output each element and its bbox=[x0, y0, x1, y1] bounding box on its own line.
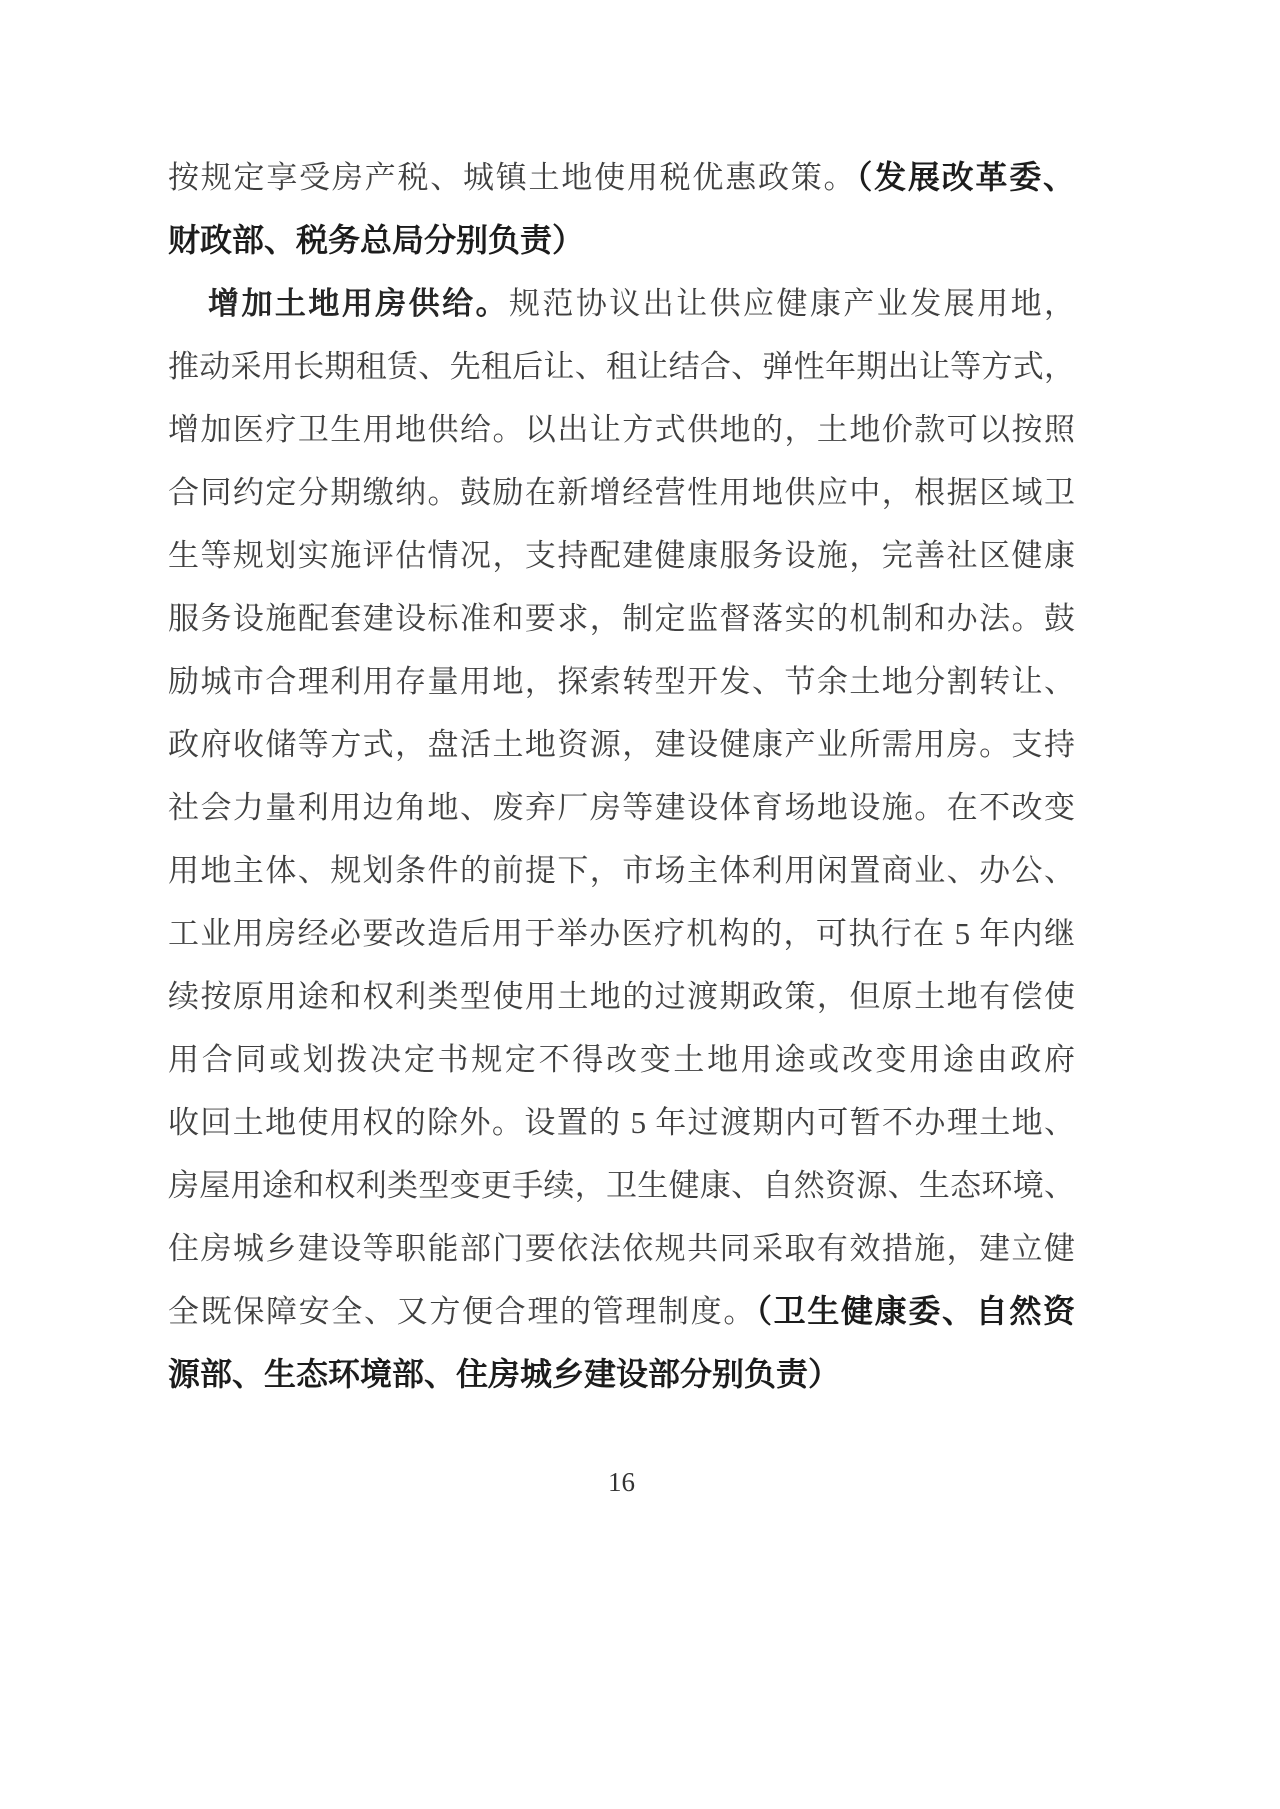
body-text: 生等规划实施评估情况，支持配建健康服务设施，完善社区健康 bbox=[168, 538, 1075, 573]
text-line-11: 社会力量利用边角地、废弃厂房等建设体育场地设施。在不改变 bbox=[168, 776, 1075, 839]
text-line-15: 用合同或划拨决定书规定不得改变土地用途或改变用途由政府 bbox=[168, 1028, 1075, 1091]
text-line-16: 收回土地使用权的除外。设置的 5 年过渡期内可暂不办理土地、 bbox=[168, 1091, 1075, 1154]
text-line-9: 励城市合理利用存量用地，探索转型开发、节余土地分割转让、 bbox=[168, 650, 1075, 713]
text-line-20: 源部、生态环境部、住房城乡建设部分别负责） bbox=[168, 1343, 1075, 1406]
responsible-agency-text: 源部、生态环境部、住房城乡建设部分别负责） bbox=[168, 1356, 840, 1392]
text-line-10: 政府收储等方式，盘活土地资源，建设健康产业所需用房。支持 bbox=[168, 713, 1075, 776]
body-text: 工业用房经必要改造后用于举办医疗机构的，可执行在 5 年内继 bbox=[168, 916, 1075, 951]
body-text: 住房城乡建设等职能部门要依法依规共同采取有效措施，建立健 bbox=[168, 1231, 1075, 1266]
text-line-13: 工业用房经必要改造后用于举办医疗机构的，可执行在 5 年内继 bbox=[168, 902, 1075, 965]
text-line-18: 住房城乡建设等职能部门要依法依规共同采取有效措施，建立健 bbox=[168, 1217, 1075, 1280]
body-text: 用合同或划拨决定书规定不得改变土地用途或改变用途由政府 bbox=[168, 1042, 1075, 1077]
text-line-5: 增加医疗卫生用地供给。以出让方式供地的，土地价款可以按照 bbox=[168, 398, 1075, 461]
responsible-agency-text: 财政部、税务总局分别负责） bbox=[168, 222, 584, 258]
text-block: 按规定享受房产税、城镇土地使用税优惠政策。（发展改革委、财政部、税务总局分别负责… bbox=[168, 146, 1075, 1406]
text-line-17: 房屋用途和权利类型变更手续，卫生健康、自然资源、生态环境、 bbox=[168, 1154, 1075, 1217]
text-line-1: 按规定享受房产税、城镇土地使用税优惠政策。（发展改革委、 bbox=[168, 146, 1075, 209]
text-line-7: 生等规划实施评估情况，支持配建健康服务设施，完善社区健康 bbox=[168, 524, 1075, 587]
body-text: 用地主体、规划条件的前提下，市场主体利用闲置商业、办公、 bbox=[168, 853, 1075, 888]
body-text: 按规定享受房产税、城镇土地使用税优惠政策。 bbox=[168, 160, 856, 195]
text-line-6: 合同约定分期缴纳。鼓励在新增经营性用地供应中，根据区域卫 bbox=[168, 461, 1075, 524]
page-number: 16 bbox=[168, 1462, 1075, 1502]
body-text: 增加医疗卫生用地供给。以出让方式供地的，土地价款可以按照 bbox=[168, 412, 1075, 447]
body-text: 续按原用途和权利类型使用土地的过渡期政策，但原土地有偿使 bbox=[168, 979, 1075, 1014]
text-line-19: 全既保障安全、又方便合理的管理制度。（卫生健康委、自然资 bbox=[168, 1280, 1075, 1343]
text-line-2: 财政部、税务总局分别负责） bbox=[168, 209, 1075, 272]
text-line-8: 服务设施配套建设标准和要求，制定监督落实的机制和办法。鼓 bbox=[168, 587, 1075, 650]
body-text: 服务设施配套建设标准和要求，制定监督落实的机制和办法。鼓 bbox=[168, 601, 1075, 636]
text-line-14: 续按原用途和权利类型使用土地的过渡期政策，但原土地有偿使 bbox=[168, 965, 1075, 1028]
body-text: 房屋用途和权利类型变更手续，卫生健康、自然资源、生态环境、 bbox=[168, 1168, 1075, 1203]
responsible-agency-text: （发展改革委、 bbox=[856, 159, 1075, 195]
document-page: 按规定享受房产税、城镇土地使用税优惠政策。（发展改革委、财政部、税务总局分别负责… bbox=[0, 0, 1280, 1809]
body-text: 收回土地使用权的除外。设置的 5 年过渡期内可暂不办理土地、 bbox=[168, 1105, 1075, 1140]
body-text: 合同约定分期缴纳。鼓励在新增经营性用地供应中，根据区域卫 bbox=[168, 475, 1075, 510]
paragraph-lead-text: 增加土地用房供给。 bbox=[208, 286, 509, 321]
text-line-12: 用地主体、规划条件的前提下，市场主体利用闲置商业、办公、 bbox=[168, 839, 1075, 902]
text-line-3: 增加土地用房供给。规范协议出让供应健康产业发展用地， bbox=[168, 272, 1075, 335]
body-text: 推动采用长期租赁、先租后让、租让结合、弹性年期出让等方式， bbox=[168, 349, 1075, 384]
text-line-4: 推动采用长期租赁、先租后让、租让结合、弹性年期出让等方式， bbox=[168, 335, 1075, 398]
responsible-agency-text: （卫生健康委、自然资 bbox=[756, 1293, 1075, 1329]
body-text: 社会力量利用边角地、废弃厂房等建设体育场地设施。在不改变 bbox=[168, 790, 1075, 825]
body-text: 励城市合理利用存量用地，探索转型开发、节余土地分割转让、 bbox=[168, 664, 1075, 699]
body-text: 规范协议出让供应健康产业发展用地， bbox=[509, 286, 1075, 321]
body-text: 政府收储等方式，盘活土地资源，建设健康产业所需用房。支持 bbox=[168, 727, 1075, 762]
body-text: 全既保障安全、又方便合理的管理制度。 bbox=[168, 1294, 756, 1329]
